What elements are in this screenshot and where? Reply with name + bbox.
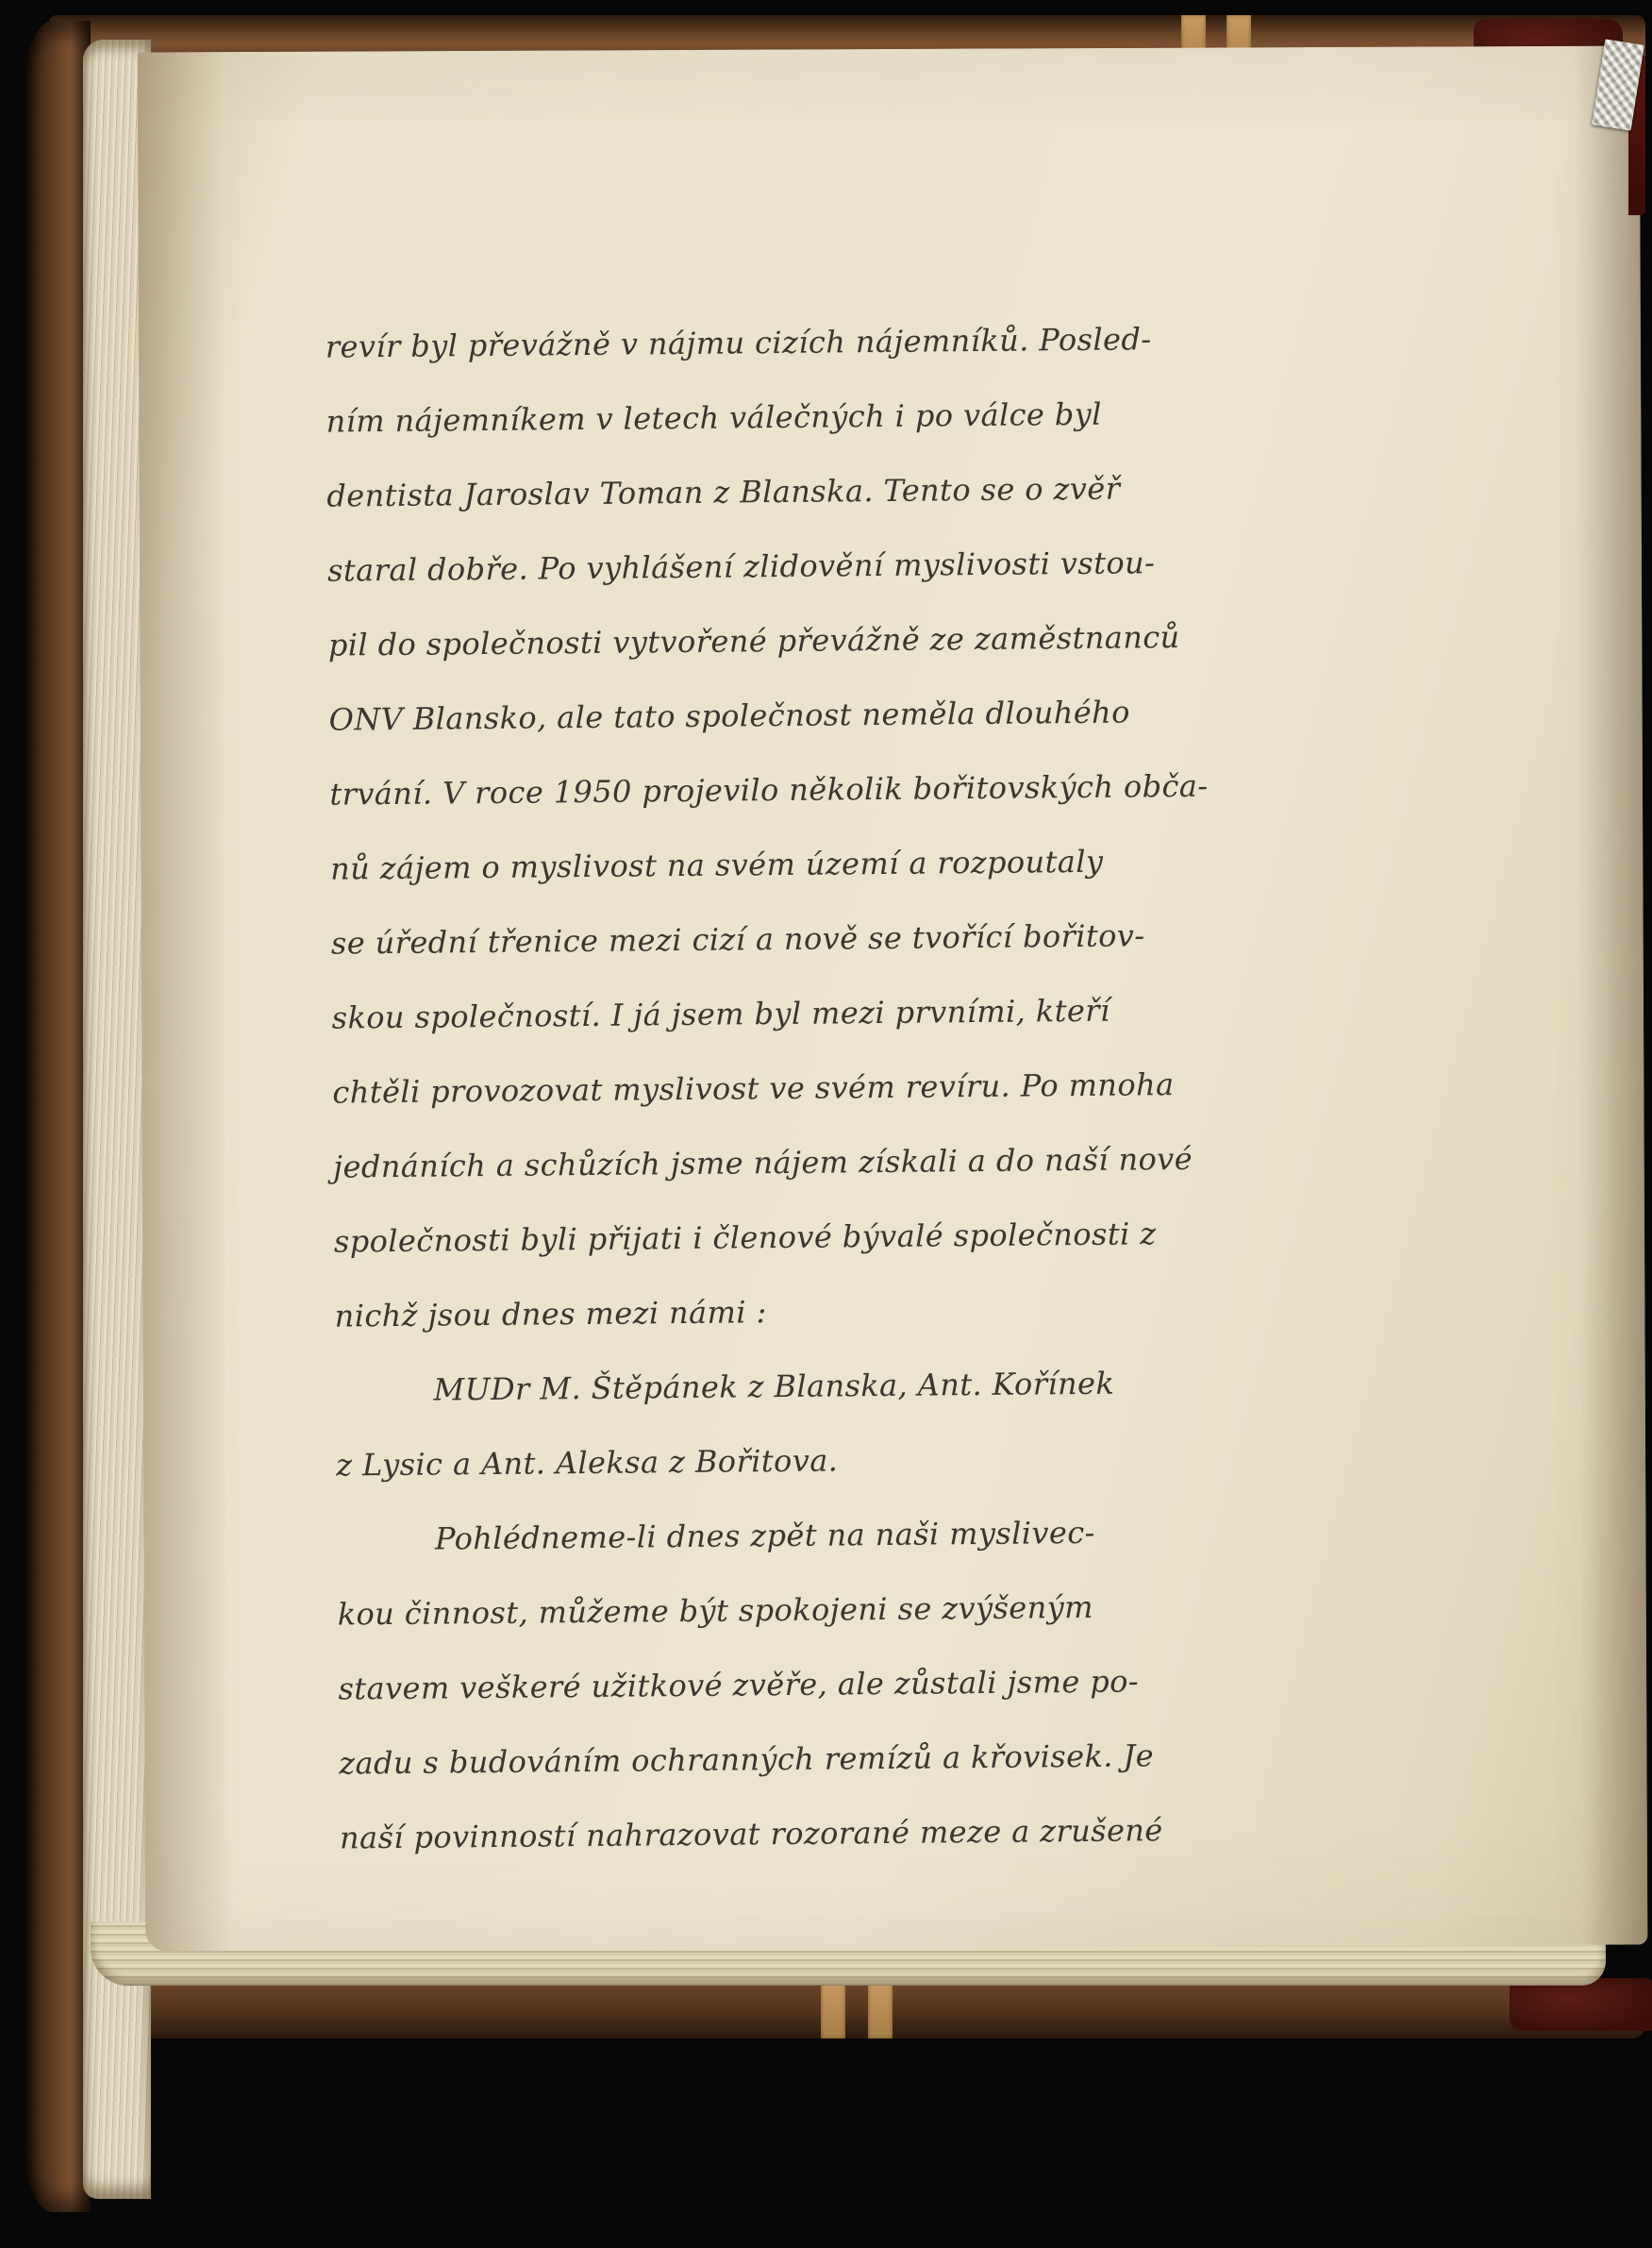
handwritten-line: nichž jsou dnes mezi námi :: [334, 1272, 1052, 1353]
book-spine: [25, 21, 91, 2212]
handwritten-line: trvání. V roce 1950 projevilo několik bo…: [329, 750, 1047, 831]
handwritten-line: naší povinností nahrazovat rozorané meze…: [340, 1794, 1058, 1875]
handwritten-line: dentista Jaroslav Toman z Blanska. Tento…: [326, 452, 1044, 533]
book-cover-bottom-edge: [49, 1980, 1645, 2038]
handwritten-line: pil do společnosti vytvořené převážně ze…: [328, 601, 1046, 682]
notebook-page: revír byl převážně v nájmu cizích nájemn…: [138, 46, 1648, 1952]
handwritten-line: stavem veškeré užitkové zvěře, ale zůsta…: [338, 1645, 1056, 1726]
cover-corner-leather: [1510, 1978, 1652, 2031]
handwritten-line: staral dobře. Po vyhlášení zlidovění mys…: [327, 527, 1045, 608]
handwritten-line: společnosti byli přijati i členové býval…: [334, 1198, 1052, 1279]
photo-background: { "document": { "kind": "handwritten chr…: [0, 0, 1652, 2248]
handwritten-line: zadu s budováním ochranných remízů a křo…: [339, 1720, 1057, 1801]
handwritten-line: skou společností. I já jsem byl mezi prv…: [331, 974, 1049, 1055]
handwritten-line: Pohlédneme-li dnes zpět na naši myslivec…: [337, 1496, 1055, 1577]
handwritten-line: chtěli provozovat myslivost ve svém reví…: [332, 1049, 1050, 1130]
handwritten-line: jednáních a schůzích jsme nájem získali …: [333, 1123, 1051, 1204]
cover-strap: [821, 1980, 845, 2038]
handwritten-text-block: revír byl převážně v nájmu cizích nájemn…: [325, 303, 1057, 1875]
handwritten-line: ONV Blansko, ale tato společnost neměla …: [328, 676, 1046, 757]
handwritten-line: revír byl převážně v nájmu cizích nájemn…: [325, 303, 1043, 384]
handwritten-line: z Lysic a Ant. Aleksa z Bořitova.: [336, 1421, 1054, 1502]
handwritten-line: kou činnost, můžeme být spokojeni se zvý…: [337, 1570, 1055, 1652]
handwritten-line: ním nájemníkem v letech válečných i po v…: [325, 377, 1043, 459]
handwritten-line: nů zájem o myslivost na svém území a roz…: [330, 825, 1048, 906]
handwritten-line: MUDr M. Štěpánek z Blanska, Ant. Kořínek: [335, 1347, 1053, 1428]
handwritten-line: se úřední třenice mezi cizí a nově se tv…: [331, 899, 1049, 981]
cover-strap: [868, 1980, 893, 2038]
